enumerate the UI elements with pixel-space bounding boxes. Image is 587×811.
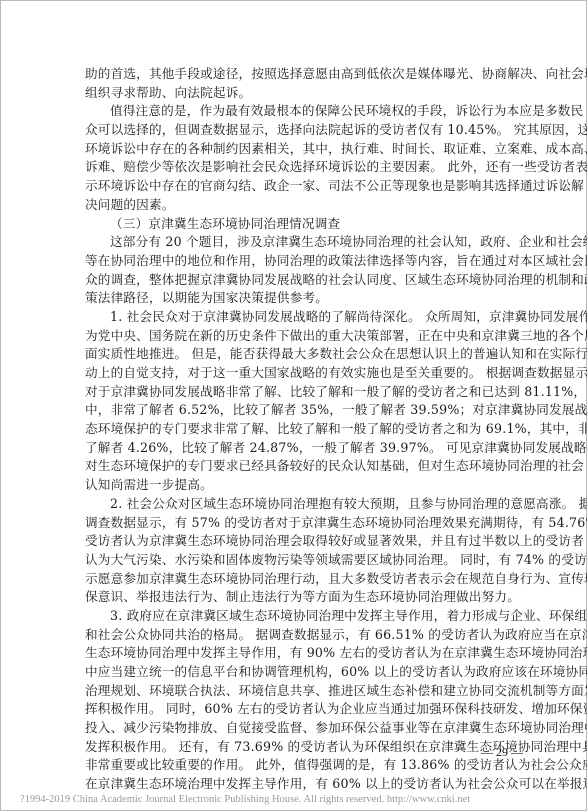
text-line: 中应当建立统一的信息平台和协调管理机构，60% 以上的受访者认为政府应该在环境协…	[85, 663, 506, 682]
text-line: 这部分有 20 个题目，涉及京津冀生态环境协同治理的社会认知，政府、企业和社会组…	[85, 233, 506, 252]
text-line: 态环境保护的专门要求非常了解、比较了解和一般了解的受访者之和为 69.1%，其中…	[85, 420, 506, 439]
text-line: 了解者 4.26%，比较了解者 24.87%，一般了解者 39.97%。 可见京…	[85, 439, 506, 458]
text-line: 对于京津冀协同发展战略非常了解、比较了解和一般了解的受访者之和已达到 81.11…	[85, 383, 506, 402]
text-line: 在京津冀生态环境治理中发挥主导作用，有 60% 以上的受访者认为社会公众可以在举…	[85, 775, 506, 794]
text-line: 和社会公众协同共治的格局。 据调查数据显示，有 66.51% 的受访者认为政府应…	[85, 626, 506, 645]
text-line: 众的调查，整体把握京津冀协同发展战略的社会认同度、区域生态环境协同治理的机制和政	[85, 271, 506, 290]
text-line: 1. 社会民众对于京津冀协同发展战略的了解尚待深化。 众所周知，京津冀协同发展作	[85, 308, 506, 327]
text-line: 受访者认为京津冀生态环境协同治理会取得较好或显著效果，并且有过半数以上的受访者	[85, 532, 506, 551]
text-line: 生态环境协同治理中发挥主导作用，有 90% 左右的受访者认为在京津冀生态环境协同…	[85, 644, 506, 663]
text-line: 保意识、举报违法行为、制止违法行为等方面为生态环境协同治理做出努力。	[85, 588, 506, 607]
text-line: 示愿意参加京津冀生态环境协同治理行动，且大多数受访者表示会在规范自身行为、宣传环	[85, 570, 506, 589]
text-line: 认知尚需进一步提高。	[85, 476, 506, 495]
text-line: 决问题的因素。	[85, 196, 506, 215]
document-page: 助的首选，其他手段或途径，按照选择意愿由高到低依次是媒体曝光、协商解决、向社会环…	[0, 0, 587, 811]
text-line: 面实质性地推进。 但是，能否获得最大多数社会公众在思想认识上的普遍认知和在实际行	[85, 345, 506, 364]
text-line: 认为大气污染、水污染和固体废物污染等领域需要区域协同治理。 同时，有 74% 的…	[85, 551, 506, 570]
text-line: 诉难、赔偿少等依次是影响社会民众选择环境诉讼的主要因素。 此外，还有一些受访者表	[85, 158, 506, 177]
text-line: 2. 社会公众对区域生态环境协同治理抱有较大预期，且参与协同治理的意愿高涨。 据	[85, 495, 506, 514]
text-line: 等在协同治理中的地位和作用，协同治理的政策法律选择等内容，旨在通过对本区域社会民	[85, 252, 506, 271]
text-line: 投入、减少污染物排放、自觉接受监督、参加环保公益事业等在京津冀生态环境协同治理中	[85, 719, 506, 738]
body-text: 助的首选，其他手段或途径，按照选择意愿由高到低依次是媒体曝光、协商解决、向社会环…	[85, 65, 506, 794]
text-line: 中，非常了解者 6.52%，比较了解者 35%，一般了解者 39.59%；对京津…	[85, 401, 506, 420]
text-line: 助的首选，其他手段或途径，按照选择意愿由高到低依次是媒体曝光、协商解决、向社会环…	[85, 65, 506, 84]
text-line: 为党中央、国务院在新的历史条件下做出的重大决策部署，正在中央和京津冀三地的各个层	[85, 327, 506, 346]
text-line: 环境诉讼中存在的各种制约因素相关，其中，执行难、时间长、取证难、立案难、成本高、…	[85, 140, 506, 159]
copyright-footer: ?1994-2019 China Academic Journal Electr…	[20, 794, 470, 805]
text-line: 众可以选择的，但调查数据显示，选择向法院起诉的受访者仅有 10.45%。 究其原…	[85, 121, 506, 140]
text-line: 挥积极作用。 同时，60% 左右的受访者认为企业应当通过加强环保科技研发、增加环…	[85, 700, 506, 719]
text-line: 示环境诉讼中存在的官商勾结、政企一家、司法不公正等现象也是影响其选择通过诉讼解	[85, 177, 506, 196]
text-line: 发挥积极作用。 还有，有 73.69% 的受访者认为环保组织在京津冀生态环境协同…	[85, 738, 506, 757]
text-line: 组织寻求帮助、向法院起诉。	[85, 84, 506, 103]
text-line: 对生态环境保护的专门要求已经具备较好的民众认知基础，但对生态环境协同治理的社会	[85, 457, 506, 476]
text-line: 治理规划、环境联合执法、环境信息共享、推进区域生态补偿和建立协同交流机制等方面发	[85, 682, 506, 701]
text-line: 值得注意的是，作为最有效最根本的保障公民环境权的手段，诉讼行为本应是多数民	[85, 102, 506, 121]
text-line: （三）京津冀生态环境协同治理情况调查	[85, 215, 506, 234]
text-line: 调查数据显示，有 57% 的受访者对于京津冀生态环境协同治理效果充满期待，有 5…	[85, 514, 506, 533]
text-line: 非常重要或比较重要的作用。 此外，值得强调的是，有 13.86% 的受访者认为社…	[85, 756, 506, 775]
text-line: 3. 政府应在京津冀区域生态环境协同治理中发挥主导作用，着力形成与企业、环保组织	[85, 607, 506, 626]
text-line: 策法律路径，以期能为国家决策提供参考。	[85, 289, 506, 308]
text-line: 动上的自觉支持，对于这一重大国家战略的有效实施也是至关重要的。 根据调查数据显示…	[85, 364, 506, 383]
page-number: — 29 —	[481, 745, 523, 760]
